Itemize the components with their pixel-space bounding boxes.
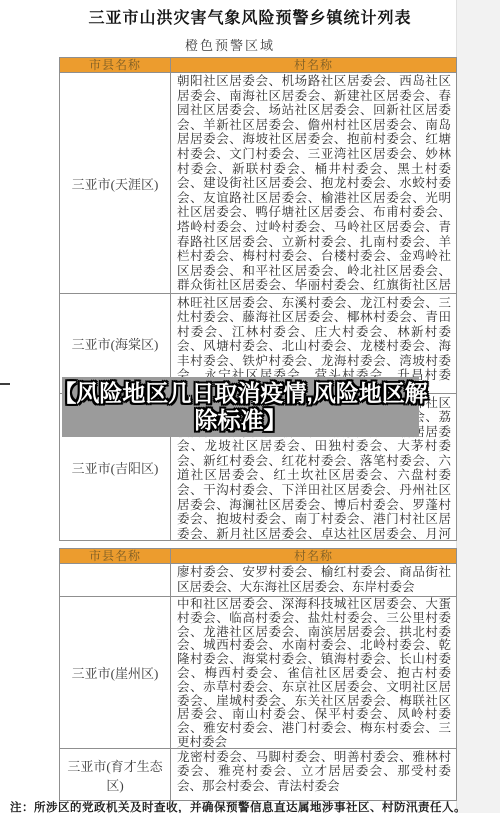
villages-text: 中和社区居委会、深海科技城社区居委会、大蛋村委会、临高村委会、盐灶村委会、三公里… (171, 597, 456, 748)
column-header-village: 村名称 (171, 58, 457, 73)
footnote: 注：所涉区的党政机关及时查收，并确保预警信息直达属地涉事社区、村防汛责任人。 (10, 799, 480, 813)
region-cell (60, 564, 171, 597)
table-row: 三亚市(天涯区) 朝阳社区居委会、机场路社区居委会、西岛社区居委会、南海社区居委… (60, 73, 457, 294)
villages-cell: 廖村委会、安罗村委会、榆红村委会、商品街社区居委会、大东海社区居委会、东岸村委会 (171, 564, 457, 597)
page-right-margin (456, 0, 500, 813)
overlay-text-line1: 【风险地区几日取消疫情,风险地区解 (53, 380, 427, 407)
overlay-left-dash (0, 383, 10, 385)
table-row: 廖村委会、安罗村委会、榆红村委会、商品街社区居委会、大东海社区居委会、东岸村委会 (60, 564, 457, 597)
watermark-overlay: 【风险地区几日取消疫情,风险地区解 除标准】 (62, 377, 419, 437)
table-header-row: 市县名称 村名称 (60, 58, 457, 73)
region-cell: 三亚市(天涯区) (60, 73, 171, 294)
villages-text: 龙密村委会、马脚村委会、明善村委会、雅林村委会、雅亮村委会、立才居居委会、那受村… (171, 749, 456, 800)
column-header-region: 市县名称 (60, 58, 171, 73)
warning-table-2: 市县名称 村名称 廖村委会、安罗村委会、榆红村委会、商品街社区居委会、大东海社区… (59, 548, 457, 801)
villages-cell: 龙密村委会、马脚村委会、明善村委会、雅林村委会、雅亮村委会、立才居居委会、那受村… (171, 749, 457, 801)
overlay-text-line2: 除标准】 (195, 407, 287, 434)
table-row: 三亚市(育才生态区) 龙密村委会、马脚村委会、明善村委会、雅林村委会、雅亮村委会… (60, 749, 457, 801)
villages-text: 廖村委会、安罗村委会、榆红村委会、商品街社区居委会、大东海社区居委会、东岸村委会 (171, 564, 456, 596)
table-header-row: 市县名称 村名称 (60, 549, 457, 564)
villages-cell: 中和社区居委会、深海科技城社区居委会、大蛋村委会、临高村委会、盐灶村委会、三公里… (171, 597, 457, 749)
warning-table-1: 市县名称 村名称 三亚市(天涯区) 朝阳社区居委会、机场路社区居委会、西岛社区居… (59, 57, 457, 541)
table-row: 三亚市(崖州区) 中和社区居委会、深海科技城社区居委会、大蛋村委会、临高村委会、… (60, 597, 457, 749)
region-cell: 三亚市(崖州区) (60, 597, 171, 749)
region-cell: 三亚市(育才生态区) (60, 749, 171, 801)
column-header-village: 村名称 (171, 549, 457, 564)
villages-text: 朝阳社区居委会、机场路社区居委会、西岛社区居委会、南海社区居委会、新建社区居委会… (171, 73, 456, 293)
warning-zone-subtitle: 橙色预警区域 (0, 35, 460, 54)
column-header-region: 市县名称 (60, 549, 171, 564)
page-title: 三亚市山洪灾害气象风险预警乡镇统计列表 (0, 5, 500, 28)
villages-cell: 朝阳社区居委会、机场路社区居委会、西岛社区居委会、南海社区居委会、新建社区居委会… (171, 73, 457, 294)
